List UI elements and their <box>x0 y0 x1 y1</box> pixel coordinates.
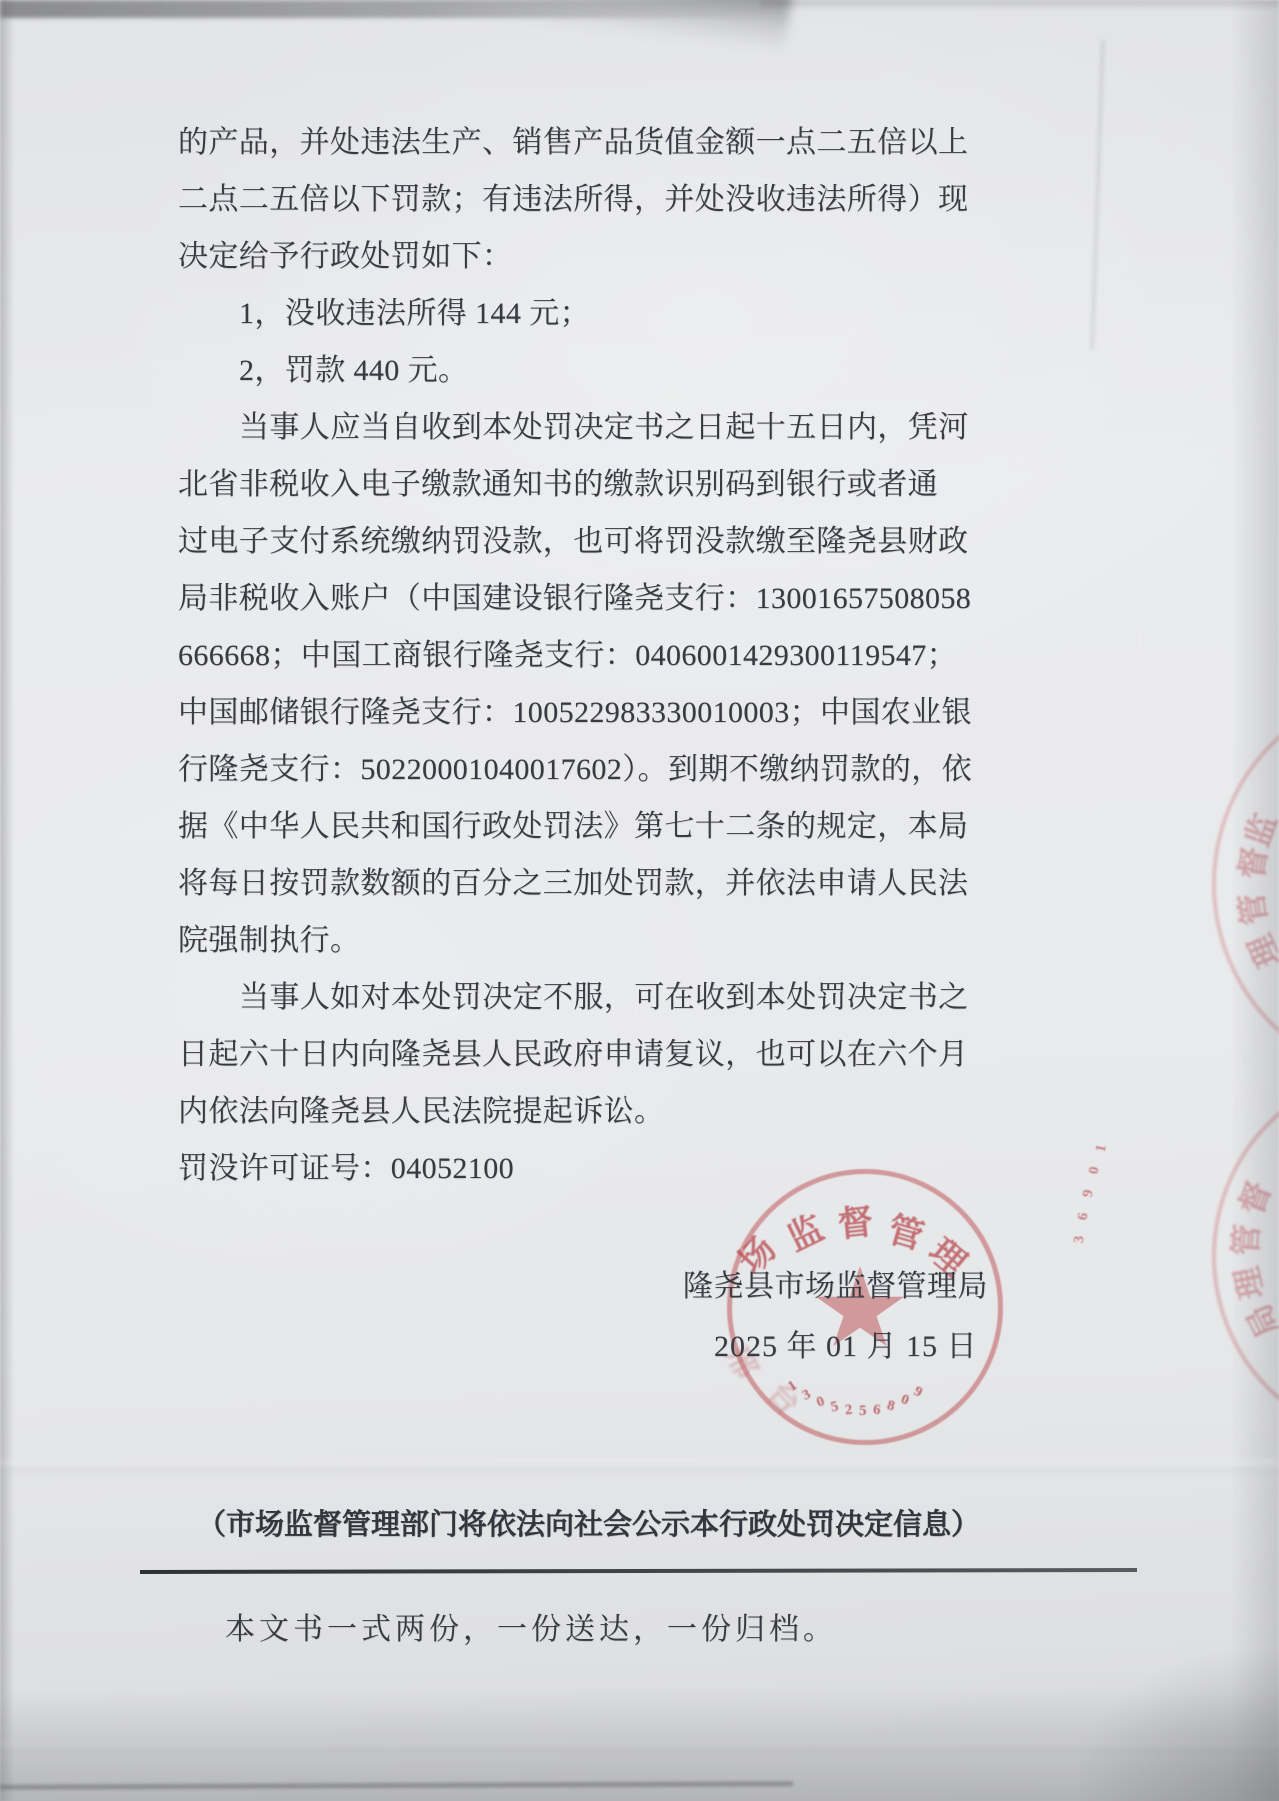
seal-code-digit: 5 <box>859 1404 867 1419</box>
document-body: 的产品，并处违法生产、销售产品货值金额一点二五倍以上 二点二五倍以下罚款；有违法… <box>178 114 972 1197</box>
seal-arc-char: 理 <box>1230 1264 1268 1302</box>
body-line: 666668；中国工商银行隆尧支行：0406001429300119547； <box>178 627 972 684</box>
body-line: 决定给予行政处罚如下： <box>178 228 972 285</box>
body-line-penalty-2: 2，罚款 440 元。 <box>178 342 972 399</box>
seal-code-digit: 1 <box>1094 1143 1110 1153</box>
seal-code-digit: 3 <box>1072 1235 1087 1244</box>
document-photo: 场 监 督 管 理 邢 台 1 3 0 5 2 5 6 8 0 9 监 督 管 … <box>0 0 1279 1801</box>
copies-note: 本文书一式两份，一份送达，一份归档。 <box>225 1601 837 1658</box>
seal-arc-char: 督 <box>836 1204 874 1242</box>
seal-code-digit: 6 <box>872 1403 881 1419</box>
seal-code-digit: 0 <box>1087 1166 1103 1176</box>
seal-code-digit: 9 <box>1081 1189 1097 1199</box>
paper-edge-left <box>0 0 14 1801</box>
body-line: 行隆尧支行：50220001040017602）。到期不缴纳罚款的，依 <box>178 741 972 798</box>
seal-code-digit: 6 <box>1076 1212 1092 1221</box>
seal-arc-char: 管 <box>1235 891 1271 927</box>
signature-agency: 隆尧县市场监督管理局 <box>683 1258 988 1315</box>
body-line: 二点二五倍以下罚款；有违法所得，并处没收违法所得）现 <box>178 171 972 228</box>
body-line-penalty-1: 1，没收违法所得 144 元； <box>178 285 972 342</box>
body-line: 将每日按罚款数额的百分之三加处罚款，并依法申请人民法 <box>178 855 972 912</box>
paper-crease-horizontal <box>0 1460 1279 1472</box>
body-line: 的产品，并处违法生产、销售产品货值金额一点二五倍以上 <box>178 114 972 171</box>
body-line-license-no: 罚没许可证号：04052100 <box>178 1140 972 1197</box>
seal-arc-char: 管 <box>1229 1223 1263 1257</box>
seal-arc-char: 督 <box>1235 845 1271 881</box>
body-line: 当事人如对本处罚决定不服，可在收到本处罚决定书之 <box>178 969 972 1026</box>
body-line: 内依法向隆尧县人民法院提起诉讼。 <box>178 1083 972 1140</box>
body-line: 日起六十日内向隆尧县人民政府申请复议，也可以在六个月 <box>178 1026 972 1083</box>
paper-crease-vertical <box>1091 40 1105 350</box>
public-disclosure-note: （市场监督管理部门将依法向社会公示本行政处罚决定信息） <box>197 1497 980 1554</box>
footer-divider <box>140 1568 1137 1574</box>
body-line: 院强制执行。 <box>178 912 972 969</box>
body-line: 中国邮储银行隆尧支行：100522983330010003；中国农业银 <box>178 684 972 741</box>
body-line: 北省非税收入电子缴款通知书的缴款识别码到银行或者通 <box>178 456 972 513</box>
body-line: 当事人应当自收到本处罚决定书之日起十五日内，凭河 <box>178 399 972 456</box>
body-line: 局非税收入账户（中国建设银行隆尧支行：13001657508058 <box>178 570 972 627</box>
signature-date: 2025 年 01 月 15 日 <box>714 1318 978 1375</box>
paper-fold-shadow <box>358 0 792 54</box>
page-curl-shadow <box>1080 1650 1279 1801</box>
body-line: 据《中华人民共和国行政处罚法》第七十二条的规定，本局 <box>178 798 972 855</box>
photo-shadow-top-right <box>760 0 1279 10</box>
body-line: 过电子支付系统缴纳罚没款，也可将罚没款缴至隆尧县财政 <box>178 513 972 570</box>
